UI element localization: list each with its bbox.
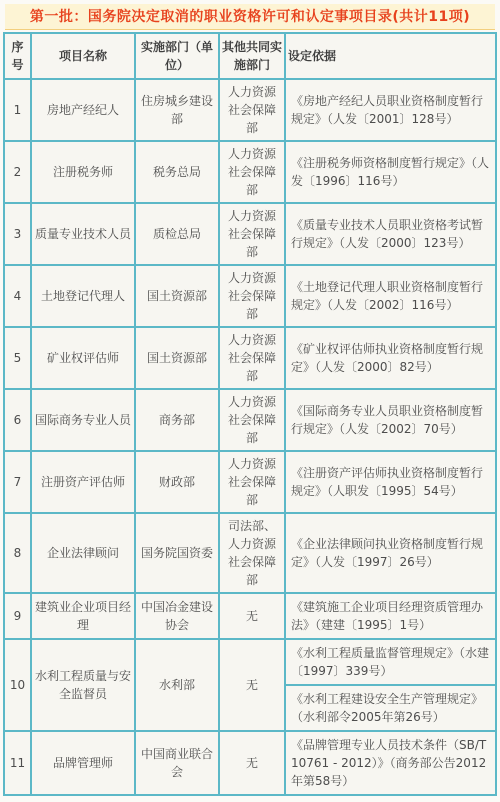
implementing-department-cell: 水利部 xyxy=(135,639,219,731)
basis-text: 《国际商务专业人员职业资格制度暂行规定》（人发〔2002〕70号） xyxy=(286,398,495,442)
basis-text: 《水利工程建设安全生产管理规定》（水利部令2005年第26号） xyxy=(286,684,495,730)
row-number-cell: 5 xyxy=(4,327,31,389)
row-number-cell: 9 xyxy=(4,593,31,639)
basis-cell: 《注册资产评估师执业资格制度暂行规定》（人职发〔1995〕54号） xyxy=(285,451,496,513)
implementing-department-cell: 中国商业联合会 xyxy=(135,731,219,795)
implementing-department-cell: 财政部 xyxy=(135,451,219,513)
joint-departments-cell: 人力资源社会保障部 xyxy=(219,265,285,327)
project-name-cell: 品牌管理师 xyxy=(31,731,135,795)
joint-departments-cell: 人力资源社会保障部 xyxy=(219,203,285,265)
table-row: 10水利工程质量与安全监督员水利部无《水利工程质量监督管理规定》（水建〔1997… xyxy=(4,639,496,731)
basis-text: 《质量专业技术人员职业资格考试暂行规定》（人发〔2000〕123号） xyxy=(286,212,495,256)
column-header: 设定依据 xyxy=(285,33,496,79)
implementing-department-cell: 质检总局 xyxy=(135,203,219,265)
table-row: 5矿业权评估师国土资源部人力资源社会保障部《矿业权评估师执业资格制度暂行规定》（… xyxy=(4,327,496,389)
table-row: 7注册资产评估师财政部人力资源社会保障部《注册资产评估师执业资格制度暂行规定》（… xyxy=(4,451,496,513)
implementing-department-cell: 国土资源部 xyxy=(135,265,219,327)
basis-cell: 《质量专业技术人员职业资格考试暂行规定》（人发〔2000〕123号） xyxy=(285,203,496,265)
row-number-cell: 8 xyxy=(4,513,31,593)
row-number-cell: 10 xyxy=(4,639,31,731)
basis-cell: 《水利工程质量监督管理规定》（水建〔1997〕339号）《水利工程建设安全生产管… xyxy=(285,639,496,731)
document-page: 第一批：国务院决定取消的职业资格许可和认定事项目录(共计11项) 序号项目名称实… xyxy=(0,0,500,802)
page-title: 第一批：国务院决定取消的职业资格许可和认定事项目录(共计11项) xyxy=(5,4,495,30)
table-row: 11品牌管理师中国商业联合会无《品牌管理专业人员技术条件（SB/T 10761 … xyxy=(4,731,496,795)
row-number-cell: 1 xyxy=(4,79,31,141)
basis-text: 《水利工程质量监督管理规定》（水建〔1997〕339号） xyxy=(286,640,495,684)
table-row: 9建筑业企业项目经理中国冶金建设协会无《建筑施工企业项目经理资质管理办法》（建建… xyxy=(4,593,496,639)
basis-text: 《企业法律顾问执业资格制度暂行规定》（人发〔1997〕26号） xyxy=(286,531,495,575)
column-header: 其他共同实施部门 xyxy=(219,33,285,79)
implementing-department-cell: 税务总局 xyxy=(135,141,219,203)
table-body: 1房地产经纪人住房城乡建设部人力资源社会保障部《房地产经纪人员职业资格制度暂行规… xyxy=(4,79,496,795)
row-number-cell: 2 xyxy=(4,141,31,203)
joint-departments-cell: 人力资源社会保障部 xyxy=(219,327,285,389)
basis-cell: 《品牌管理专业人员技术条件（SB/T 10761 - 2012）》（商务部公告2… xyxy=(285,731,496,795)
basis-text: 《房地产经纪人员职业资格制度暂行规定》（人发〔2001〕128号） xyxy=(286,88,495,132)
implementing-department-cell: 商务部 xyxy=(135,389,219,451)
basis-text: 《注册资产评估师执业资格制度暂行规定》（人职发〔1995〕54号） xyxy=(286,460,495,504)
implementing-department-cell: 国务院国资委 xyxy=(135,513,219,593)
project-name-cell: 质量专业技术人员 xyxy=(31,203,135,265)
row-number-cell: 11 xyxy=(4,731,31,795)
row-number-cell: 4 xyxy=(4,265,31,327)
column-header: 项目名称 xyxy=(31,33,135,79)
basis-cell: 《土地登记代理人职业资格制度暂行规定》（人发〔2002〕116号） xyxy=(285,265,496,327)
implementing-department-cell: 中国冶金建设协会 xyxy=(135,593,219,639)
implementing-department-cell: 国土资源部 xyxy=(135,327,219,389)
basis-text: 《品牌管理专业人员技术条件（SB/T 10761 - 2012）》（商务部公告2… xyxy=(286,732,495,794)
project-name-cell: 企业法律顾问 xyxy=(31,513,135,593)
basis-cell: 《注册税务师资格制度暂行规定》（人发〔1996〕116号） xyxy=(285,141,496,203)
project-name-cell: 土地登记代理人 xyxy=(31,265,135,327)
implementing-department-cell: 住房城乡建设部 xyxy=(135,79,219,141)
table-header-row: 序号项目名称实施部门（单位）其他共同实施部门设定依据 xyxy=(4,33,496,79)
joint-departments-cell: 人力资源社会保障部 xyxy=(219,141,285,203)
basis-text: 《注册税务师资格制度暂行规定》（人发〔1996〕116号） xyxy=(286,150,495,194)
joint-departments-cell: 无 xyxy=(219,639,285,731)
joint-departments-cell: 人力资源社会保障部 xyxy=(219,79,285,141)
qualification-table: 序号项目名称实施部门（单位）其他共同实施部门设定依据 1房地产经纪人住房城乡建设… xyxy=(3,32,497,796)
table-row: 3质量专业技术人员质检总局人力资源社会保障部《质量专业技术人员职业资格考试暂行规… xyxy=(4,203,496,265)
column-header: 实施部门（单位） xyxy=(135,33,219,79)
project-name-cell: 建筑业企业项目经理 xyxy=(31,593,135,639)
row-number-cell: 3 xyxy=(4,203,31,265)
joint-departments-cell: 司法部、人力资源社会保障部 xyxy=(219,513,285,593)
row-number-cell: 6 xyxy=(4,389,31,451)
basis-cell: 《国际商务专业人员职业资格制度暂行规定》（人发〔2002〕70号） xyxy=(285,389,496,451)
project-name-cell: 国际商务专业人员 xyxy=(31,389,135,451)
basis-cell: 《企业法律顾问执业资格制度暂行规定》（人发〔1997〕26号） xyxy=(285,513,496,593)
column-header: 序号 xyxy=(4,33,31,79)
joint-departments-cell: 人力资源社会保障部 xyxy=(219,389,285,451)
joint-departments-cell: 人力资源社会保障部 xyxy=(219,451,285,513)
joint-departments-cell: 无 xyxy=(219,593,285,639)
table-row: 4土地登记代理人国土资源部人力资源社会保障部《土地登记代理人职业资格制度暂行规定… xyxy=(4,265,496,327)
table-row: 8企业法律顾问国务院国资委司法部、人力资源社会保障部《企业法律顾问执业资格制度暂… xyxy=(4,513,496,593)
basis-cell: 《建筑施工企业项目经理资质管理办法》（建建〔1995〕1号） xyxy=(285,593,496,639)
project-name-cell: 注册资产评估师 xyxy=(31,451,135,513)
table-row: 6国际商务专业人员商务部人力资源社会保障部《国际商务专业人员职业资格制度暂行规定… xyxy=(4,389,496,451)
project-name-cell: 矿业权评估师 xyxy=(31,327,135,389)
basis-text: 《土地登记代理人职业资格制度暂行规定》（人发〔2002〕116号） xyxy=(286,274,495,318)
basis-cell: 《矿业权评估师执业资格制度暂行规定》（人发〔2000〕82号） xyxy=(285,327,496,389)
project-name-cell: 注册税务师 xyxy=(31,141,135,203)
project-name-cell: 房地产经纪人 xyxy=(31,79,135,141)
table-row: 1房地产经纪人住房城乡建设部人力资源社会保障部《房地产经纪人员职业资格制度暂行规… xyxy=(4,79,496,141)
basis-text: 《矿业权评估师执业资格制度暂行规定》（人发〔2000〕82号） xyxy=(286,336,495,380)
row-number-cell: 7 xyxy=(4,451,31,513)
project-name-cell: 水利工程质量与安全监督员 xyxy=(31,639,135,731)
table-row: 2注册税务师税务总局人力资源社会保障部《注册税务师资格制度暂行规定》（人发〔19… xyxy=(4,141,496,203)
joint-departments-cell: 无 xyxy=(219,731,285,795)
basis-text: 《建筑施工企业项目经理资质管理办法》（建建〔1995〕1号） xyxy=(286,594,495,638)
basis-cell: 《房地产经纪人员职业资格制度暂行规定》（人发〔2001〕128号） xyxy=(285,79,496,141)
